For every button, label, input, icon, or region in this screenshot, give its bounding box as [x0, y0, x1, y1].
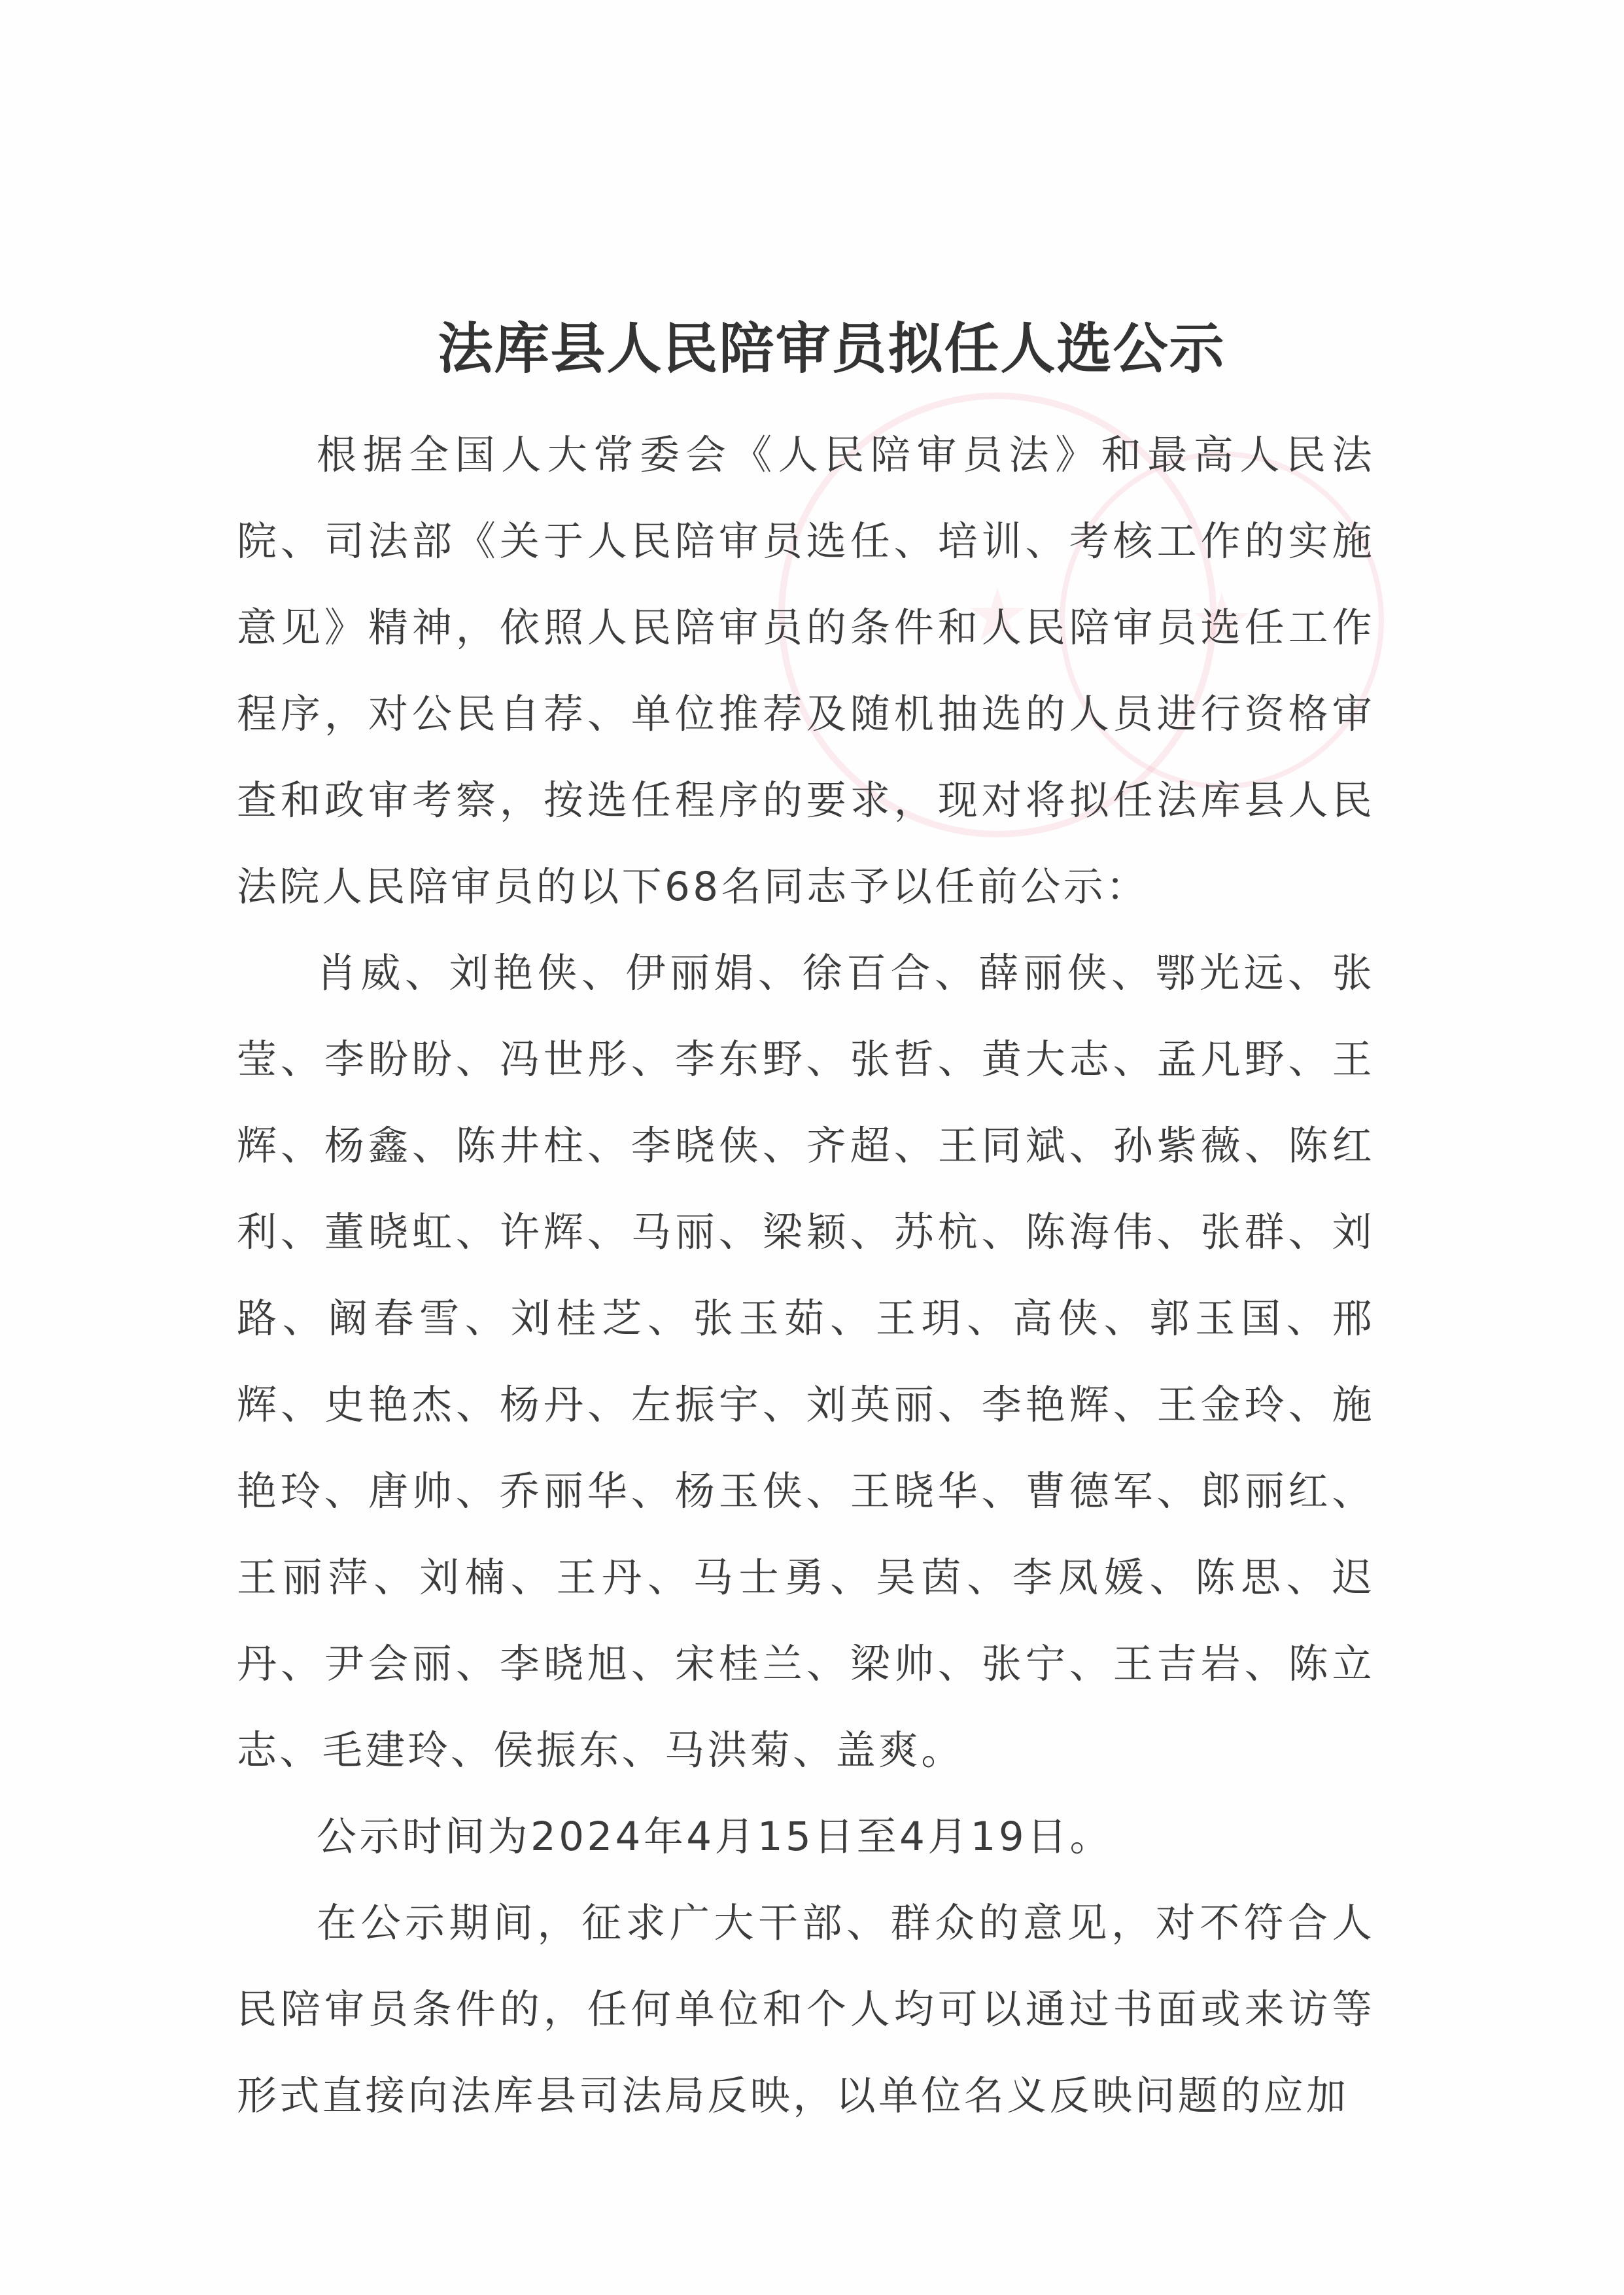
- intro-paragraph: 根据全国人大常委会《人民陪审员法》和最高人民法院、司法部《关于人民陪审员选任、培…: [237, 412, 1375, 930]
- document-body: 根据全国人大常委会《人民陪审员法》和最高人民法院、司法部《关于人民陪审员选任、培…: [237, 412, 1375, 2139]
- feedback-paragraph: 在公示期间，征求广大干部、群众的意见，对不符合人民陪审员条件的，任何单位和个人均…: [237, 1880, 1375, 2139]
- scanned-page: ★ ★ 法库县人民陪审员拟任人选公示 根据全国人大常委会《人民陪审员法》和最高人…: [0, 0, 1624, 2295]
- notice-period-paragraph: 公示时间为2024年4月15日至4月19日。: [237, 1794, 1375, 1880]
- document-title: 法库县人民陪审员拟任人选公示: [0, 305, 1624, 384]
- candidate-list-paragraph: 肖威、刘艳侠、伊丽娟、徐百合、薛丽侠、鄂光远、张莹、李盼盼、冯世彤、李东野、张哲…: [237, 930, 1375, 1794]
